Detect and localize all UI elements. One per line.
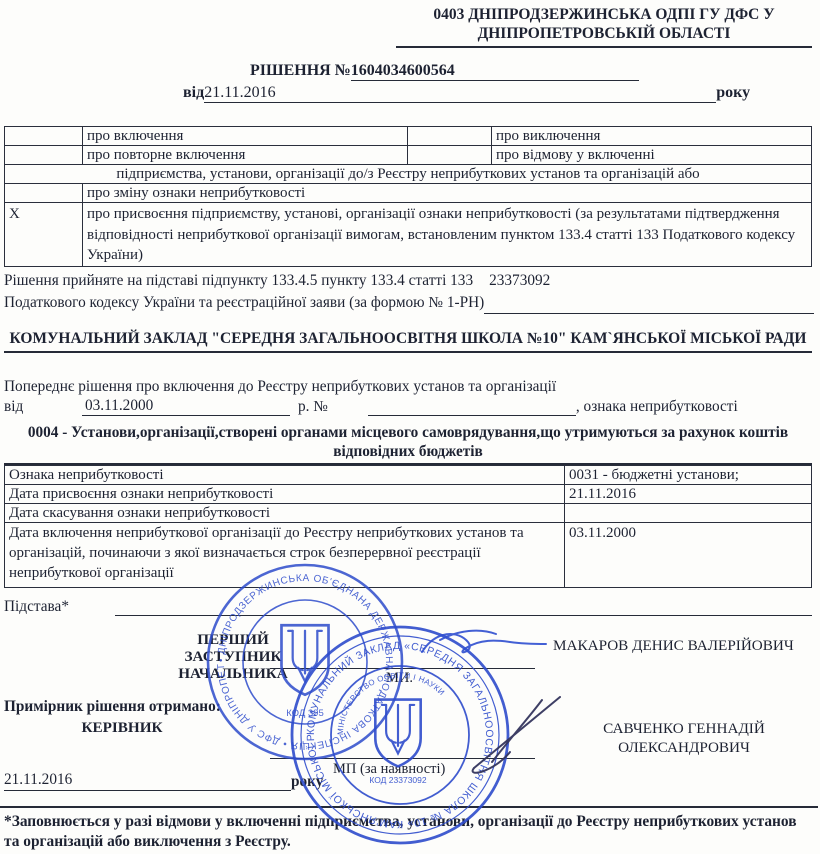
detail-value: 0031 - бюджетні установи; — [565, 466, 812, 485]
detail-label: Дата скасування ознаки неприбутковості — [5, 504, 565, 523]
decision-date: 21.11.2016 — [204, 84, 716, 103]
seal-place-label: МИ. — [386, 670, 413, 687]
table-row: Дата скасування ознаки неприбутковості — [5, 504, 812, 523]
option-label: про присвоєння підприємству, установі, о… — [83, 203, 812, 267]
received-date-line: 21.11.2016року — [4, 771, 323, 791]
nonprofit-code-description: 0004 - Установи,організації,створені орг… — [4, 423, 812, 465]
legal-basis-paragraph: Рішення прийняте на підставі підпункту 1… — [4, 270, 814, 314]
option-label: про відмову у включенні — [492, 146, 812, 165]
scanned-decision-document: 0403 ДНІПРОДЗЕРЖИНСЬКА ОДПІ ГУ ДФС У ДНІ… — [0, 0, 820, 854]
registry-span-text: підприємства, установи, організації до/з… — [5, 165, 812, 184]
signature-line-recipient — [270, 742, 535, 759]
option-label: про виключення — [492, 127, 812, 146]
signature-line-official — [270, 652, 535, 669]
detail-value — [565, 504, 812, 523]
year-label: року — [716, 84, 750, 103]
issuing-authority: 0403 ДНІПРОДЗЕРЖИНСЬКА ОДПІ ГУ ДФС У ДНІ… — [396, 5, 812, 48]
received-date: 21.11.2016 — [4, 771, 291, 791]
official-name: МАКАРОВ ДЕНИС ВАЛЕРІЙОВИЧ — [553, 637, 815, 655]
previous-decision-date-line: від03.11.2000р. №, ознака неприбутковост… — [4, 397, 738, 416]
blank-underline — [115, 615, 812, 616]
edrpou-code: 23373092 — [489, 272, 550, 289]
detail-value: 03.11.2000 — [565, 523, 812, 588]
checkbox-cell — [408, 127, 492, 146]
checkbox-cell — [5, 146, 83, 165]
checkbox-cell-checked: X — [5, 203, 83, 267]
table-row: про повторне включення про відмову у вкл… — [5, 146, 812, 165]
prev-from-label: від — [4, 398, 82, 416]
basis-line-2: Податкового кодексу України та реєстраці… — [4, 292, 814, 314]
official-signature — [422, 631, 546, 653]
year-label: року — [291, 773, 323, 791]
recipient-name: САВЧЕНКО ГЕННАДІЙ ОЛЕКСАНДРОВИЧ — [553, 719, 815, 757]
tax-stamp-code: КОД 395 — [286, 708, 324, 719]
option-label: про повторне включення — [83, 146, 408, 165]
detail-value: 21.11.2016 — [565, 485, 812, 504]
decision-options-table: про включення про виключення про повторн… — [4, 126, 812, 267]
decision-number: 1604034600564 — [351, 62, 639, 81]
detail-label: Дата присвоєння ознаки неприбутковості — [5, 485, 565, 504]
table-row: підприємства, установи, організації до/з… — [5, 165, 812, 184]
nonprofit-details-table: Ознака неприбутковості 0031 - бюджетні у… — [4, 465, 812, 588]
option-label: про включення — [83, 127, 408, 146]
blank-underline — [368, 415, 576, 416]
seal-place-label-2: МП (за наявності) — [333, 761, 445, 778]
basis-line-1: Рішення прийняте на підставі підпункту 1… — [4, 270, 814, 292]
footnote-divider — [0, 806, 818, 808]
checkbox-cell — [5, 184, 83, 203]
table-row: про зміну ознаки неприбутковості — [5, 184, 812, 203]
date-from-label: від — [183, 84, 204, 103]
option-label: про зміну ознаки неприбутковості — [83, 184, 812, 203]
recipient-title: КЕРІВНИК — [4, 719, 240, 737]
blank-underline — [484, 313, 814, 314]
decision-title-label: РІШЕННЯ № — [250, 62, 351, 81]
decision-date-line: від21.11.2016року — [183, 84, 750, 103]
grounds-label: Підстава* — [4, 598, 69, 616]
organization-name: КОМУНАЛЬНИЙ ЗАКЛАД "СЕРЕДНЯ ЗАГАЛЬНООСВІ… — [4, 329, 812, 353]
table-row: про включення про виключення — [5, 127, 812, 146]
checkbox-cell — [5, 127, 83, 146]
grounds-line: Підстава* — [4, 598, 812, 616]
previous-decision-intro: Попереднє рішення про включення до Реєст… — [4, 378, 556, 396]
copy-received-label: Примірник рішення отримано: — [4, 698, 221, 716]
table-row: Дата присвоєння ознаки неприбутковості 2… — [5, 485, 812, 504]
table-row: Ознака неприбутковості 0031 - бюджетні у… — [5, 466, 812, 485]
detail-label: Дата включення неприбуткової організації… — [5, 523, 565, 588]
prev-number-label: р. № — [298, 398, 328, 416]
detail-label: Ознака неприбутковості — [5, 466, 565, 485]
decision-title-line: РІШЕННЯ №1604034600564 — [250, 62, 639, 81]
table-row: X про присвоєння підприємству, установі,… — [5, 203, 812, 267]
nonprofit-attr-suffix: , ознака неприбутковості — [576, 398, 738, 416]
recipient-signature — [473, 697, 560, 773]
checkbox-cell — [408, 146, 492, 165]
previous-decision-date: 03.11.2000 — [82, 397, 290, 416]
footnote-text: *Заповнюється у разі відмови у включенні… — [4, 812, 804, 852]
table-row: Дата включення неприбуткової організації… — [5, 523, 812, 588]
